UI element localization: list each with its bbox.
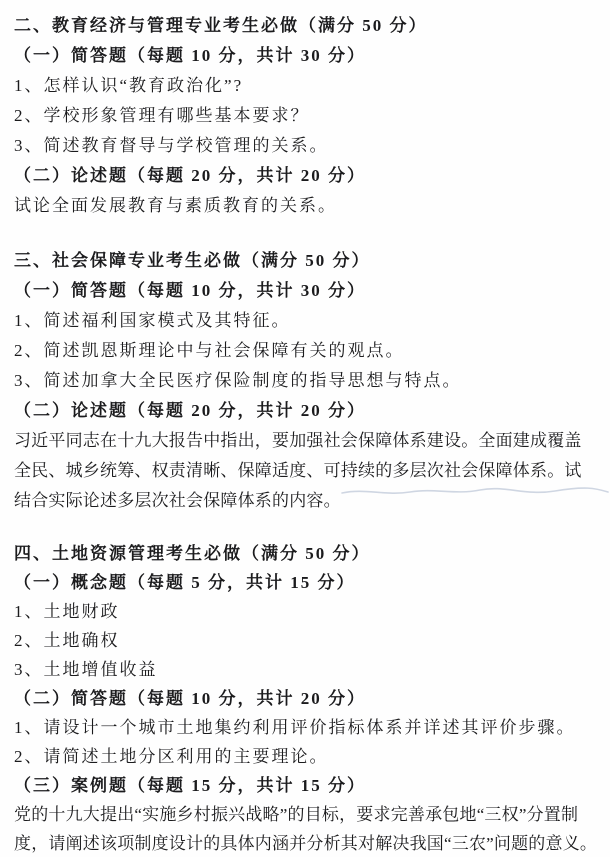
question-line: 1、土地财政 bbox=[14, 597, 596, 626]
subsection-heading: （一）简答题（每题 10 分，共计 30 分） bbox=[14, 276, 596, 306]
question-line: 1、请设计一个城市土地集约利用评价指标体系并详述其评价步骤。 bbox=[14, 713, 596, 742]
question-line: 2、学校形象管理有哪些基本要求？ bbox=[14, 101, 596, 131]
question-line: 2、土地确权 bbox=[14, 626, 596, 655]
exam-paper-content: 二、教育经济与管理专业考生必做（满分 50 分） （一）简答题（每题 10 分，… bbox=[0, 0, 610, 857]
question-line: 2、简述凯恩斯理论中与社会保障有关的观点。 bbox=[14, 336, 596, 366]
subsection-heading: （二）简答题（每题 10 分，共计 20 分） bbox=[14, 684, 596, 713]
question-line: 3、简述加拿大全民医疗保险制度的指导思想与特点。 bbox=[14, 366, 596, 396]
section-heading: 二、教育经济与管理专业考生必做（满分 50 分） bbox=[14, 11, 596, 41]
subsection-heading: （一）概念题（每题 5 分，共计 15 分） bbox=[14, 568, 596, 597]
question-line: 1、怎样认识“教育政治化”? bbox=[14, 71, 596, 101]
question-line: 试论全面发展教育与素质教育的关系。 bbox=[14, 191, 596, 221]
section-heading: 三、社会保障专业考生必做（满分 50 分） bbox=[14, 246, 596, 276]
question-line: 3、简述教育督导与学校管理的关系。 bbox=[14, 131, 596, 161]
section-heading: 四、土地资源管理考生必做（满分 50 分） bbox=[14, 539, 596, 568]
question-line: 1、简述福利国家模式及其特征。 bbox=[14, 306, 596, 336]
paragraph-line: 度，请阐述该项制度设计的具体内涵并分析其对解决我国“三农”问题的意义。 bbox=[14, 829, 596, 857]
section-land-resource: 四、土地资源管理考生必做（满分 50 分） （一）概念题（每题 5 分，共计 1… bbox=[14, 539, 596, 857]
subsection-heading: （一）简答题（每题 10 分，共计 30 分） bbox=[14, 41, 596, 71]
paragraph-line: 党的十九大提出“实施乡村振兴战略”的目标，要求完善承包地“三权”分置制 bbox=[14, 800, 596, 829]
question-line: 3、土地增值收益 bbox=[14, 655, 596, 684]
subsection-heading: （二）论述题（每题 20 分，共计 20 分） bbox=[14, 396, 596, 426]
exam-paper-page: 二、教育经济与管理专业考生必做（满分 50 分） （一）简答题（每题 10 分，… bbox=[0, 0, 610, 857]
paragraph-line: 结合实际论述多层次社会保障体系的内容。 bbox=[14, 486, 596, 516]
paragraph-line: 全民、城乡统筹、权责清晰、保障适度、可持续的多层次社会保障体系。试 bbox=[14, 456, 596, 486]
paragraph-line: 习近平同志在十九大报告中指出，要加强社会保障体系建设。全面建成覆盖 bbox=[14, 426, 596, 456]
section-social-security: 三、社会保障专业考生必做（满分 50 分） （一）简答题（每题 10 分，共计 … bbox=[14, 246, 596, 516]
section-education-economics: 二、教育经济与管理专业考生必做（满分 50 分） （一）简答题（每题 10 分，… bbox=[14, 11, 596, 221]
subsection-heading: （二）论述题（每题 20 分，共计 20 分） bbox=[14, 161, 596, 191]
subsection-heading: （三）案例题（每题 15 分，共计 15 分） bbox=[14, 771, 596, 800]
question-line: 2、请简述土地分区利用的主要理论。 bbox=[14, 742, 596, 771]
